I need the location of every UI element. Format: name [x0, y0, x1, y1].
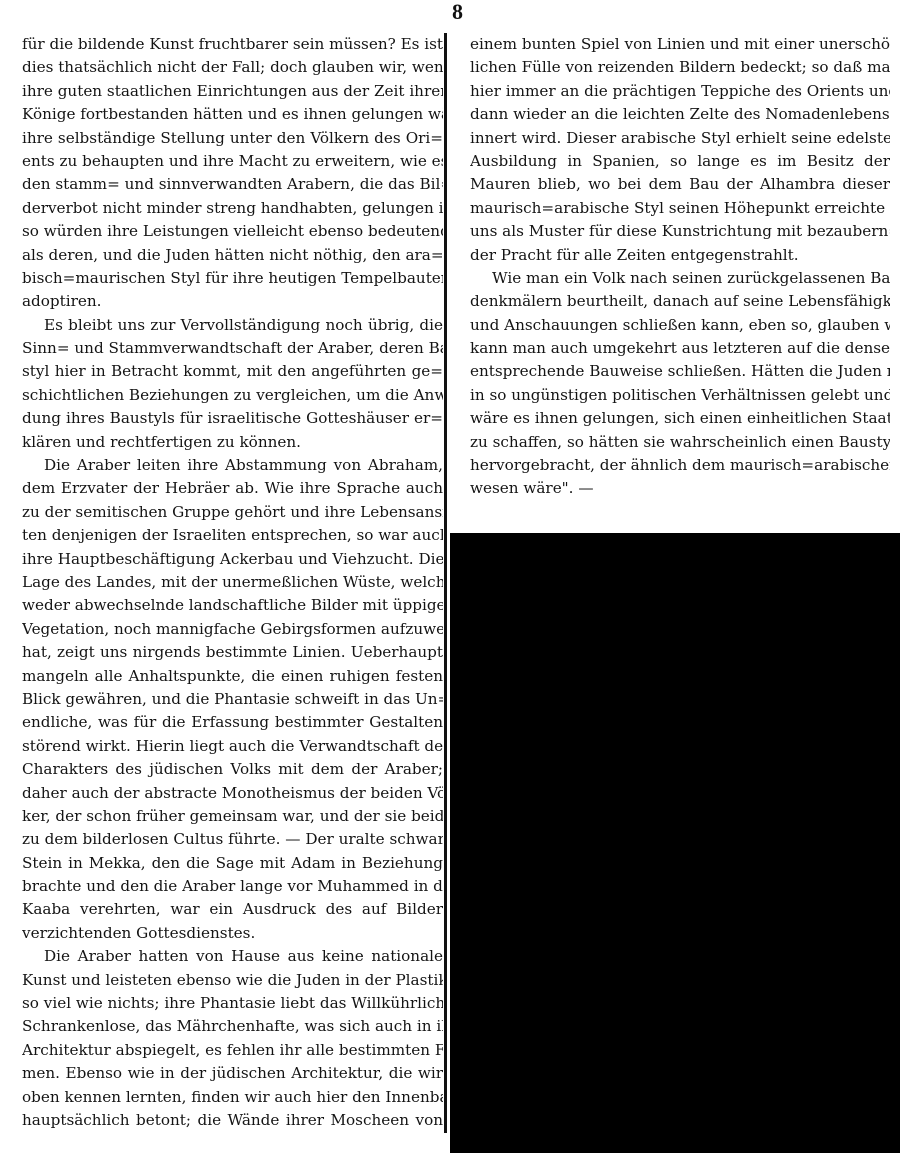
text-line: für die bildende Kunst fruchtbarer sein … [22, 33, 443, 56]
right-text-column: einem bunten Spiel von Linien und mit ei… [470, 33, 890, 501]
text-line: dann wieder an die leichten Zelte des No… [470, 103, 890, 126]
text-line: mangeln alle Anhaltspunkte, die einen ru… [22, 665, 443, 688]
text-line: maurisch=arabische Styl seinen Höhepunkt… [470, 197, 890, 220]
text-line: bisch=maurischen Styl für ihre heutigen … [22, 267, 443, 290]
text-line: der Pracht für alle Zeiten entgegenstrah… [470, 244, 890, 267]
text-line: ents zu behaupten und ihre Macht zu erwe… [22, 150, 443, 173]
text-line: ihre Hauptbeschäftigung Ackerbau und Vie… [22, 548, 443, 571]
text-line: Sinn= und Stammverwandtschaft der Araber… [22, 337, 443, 360]
text-line: dies thatsächlich nicht der Fall; doch g… [22, 56, 443, 79]
text-line: hervorgebracht, der ähnlich dem maurisch… [470, 454, 890, 477]
text-line: ten denjenigen der Israeliten entspreche… [22, 524, 443, 547]
text-line: hier immer an die prächtigen Teppiche de… [470, 80, 890, 103]
text-line: wesen wäre". — [470, 477, 890, 500]
text-line: Stein in Mekka, den die Sage mit Adam in… [22, 852, 443, 875]
text-line: Charakters des jüdischen Volks mit dem d… [22, 758, 443, 781]
text-line: entsprechende Bauweise schließen. Hätten… [470, 360, 890, 383]
text-line: den stamm= und sinnverwandten Arabern, d… [22, 173, 443, 196]
text-line: ihre guten staatlichen Einrichtungen aus… [22, 80, 443, 103]
text-line: Kunst und leisteten ebenso wie die Juden… [22, 969, 443, 992]
text-line: Es bleibt uns zur Vervollständigung noch… [22, 314, 443, 337]
text-line: in so ungünstigen politischen Verhältnis… [470, 384, 890, 407]
text-line: Blick gewähren, und die Phantasie schwei… [22, 688, 443, 711]
text-line: Die Araber leiten ihre Abstammung von Ab… [22, 454, 443, 477]
text-line: klären und rechtfertigen zu können. [22, 431, 443, 454]
text-line: so würden ihre Leistungen vielleicht ebe… [22, 220, 443, 243]
text-line: weder abwechselnde landschaftliche Bilde… [22, 594, 443, 617]
text-line: verzichtenden Gottesdienstes. [22, 922, 443, 945]
text-line: hat, zeigt uns nirgends bestimmte Linien… [22, 641, 443, 664]
text-line: wäre es ihnen gelungen, sich einen einhe… [470, 407, 890, 430]
text-line: Architektur abspiegelt, es fehlen ihr al… [22, 1039, 443, 1062]
text-line: brachte und den die Araber lange vor Muh… [22, 875, 443, 898]
text-line: zu schaffen, so hätten sie wahrscheinlic… [470, 431, 890, 454]
text-line: ker, der schon früher gemeinsam war, und… [22, 805, 443, 828]
masked-region [450, 533, 900, 1153]
text-line: hauptsächlich betont; die Wände ihrer Mo… [22, 1109, 443, 1132]
text-line: kann man auch umgekehrt aus letzteren au… [470, 337, 890, 360]
text-line: zu dem bilderlosen Cultus führte. — Der … [22, 828, 443, 851]
text-line: Mauren blieb, wo bei dem Bau der Alhambr… [470, 173, 890, 196]
text-line: innert wird. Dieser arabische Styl erhie… [470, 127, 890, 150]
text-line: dem Erzvater der Hebräer ab. Wie ihre Sp… [22, 477, 443, 500]
text-line: Kaaba verehrten, war ein Ausdruck des au… [22, 898, 443, 921]
text-line: und Anschauungen schließen kann, eben so… [470, 314, 890, 337]
text-line: Die Araber hatten von Hause aus keine na… [22, 945, 443, 968]
text-line: schichtlichen Beziehungen zu vergleichen… [22, 384, 443, 407]
text-line: ihre selbständige Stellung unter den Völ… [22, 127, 443, 150]
text-line: Wie man ein Volk nach seinen zurückgelas… [470, 267, 890, 290]
text-line: Könige fortbestanden hätten und es ihnen… [22, 103, 443, 126]
text-line: zu der semitischen Gruppe gehört und ihr… [22, 501, 443, 524]
text-line: Schrankenlose, das Mährchenhafte, was si… [22, 1015, 443, 1038]
text-line: lichen Fülle von reizenden Bildern bedec… [470, 56, 890, 79]
text-line: men. Ebenso wie in der jüdischen Archite… [22, 1062, 443, 1085]
text-line: daher auch der abstracte Monotheismus de… [22, 782, 443, 805]
text-line: einem bunten Spiel von Linien und mit ei… [470, 33, 890, 56]
text-line: uns als Muster für diese Kunstrichtung m… [470, 220, 890, 243]
text-line: Vegetation, noch mannigfache Gebirgsform… [22, 618, 443, 641]
text-line: endliche, was für die Erfassung bestimmt… [22, 711, 443, 734]
column-divider [444, 33, 447, 1133]
text-line: störend wirkt. Hierin liegt auch die Ver… [22, 735, 443, 758]
text-line: als deren, und die Juden hätten nicht nö… [22, 244, 443, 267]
text-line: denkmälern beurtheilt, danach auf seine … [470, 290, 890, 313]
text-line: adoptiren. [22, 290, 443, 313]
text-line: derverbot nicht minder streng handhabten… [22, 197, 443, 220]
page-number: 8 [452, 0, 463, 24]
text-line: Lage des Landes, mit der unermeßlichen W… [22, 571, 443, 594]
text-line: styl hier in Betracht kommt, mit den ang… [22, 360, 443, 383]
text-line: Ausbildung in Spanien, so lange es im Be… [470, 150, 890, 173]
text-line: so viel wie nichts; ihre Phantasie liebt… [22, 992, 443, 1015]
text-line: dung ihres Baustyls für israelitische Go… [22, 407, 443, 430]
text-line: oben kennen lernten, finden wir auch hie… [22, 1086, 443, 1109]
left-text-column: für die bildende Kunst fruchtbarer sein … [22, 33, 443, 1132]
